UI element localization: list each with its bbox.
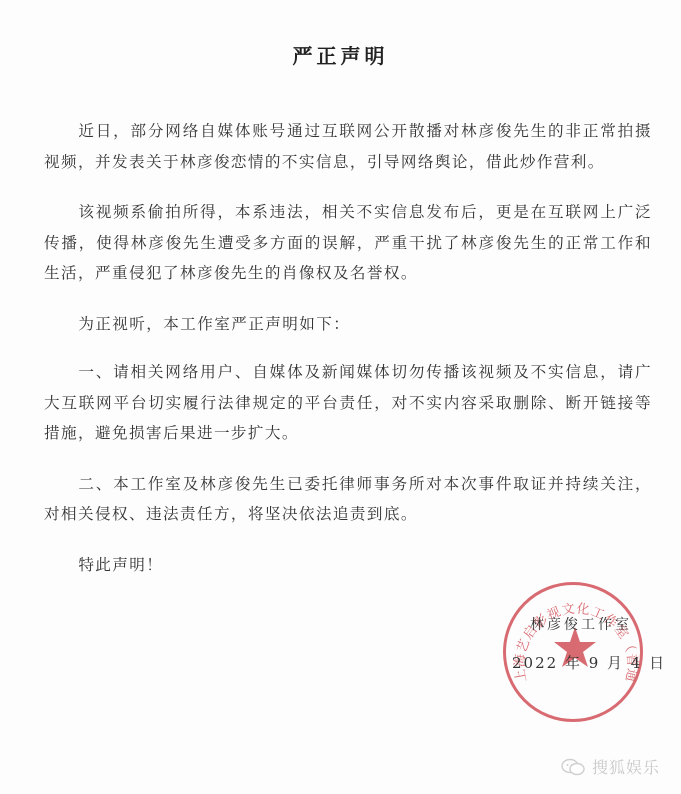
- paragraph-violation: 该视频系偷拍所得，本系违法，相关不实信息发布后，更是在互联网上广泛传播，使得林彦…: [44, 197, 652, 289]
- document-page: 严正声明 近日，部分网络自媒体账号通过互联网公开散播对林彦俊先生的非正常拍摄视频…: [0, 0, 681, 794]
- paragraph-closing: 特此声明！: [44, 550, 652, 581]
- watermark-label: 搜狐娱乐: [592, 755, 660, 778]
- document-body: 近日，部分网络自媒体账号通过互联网公开散播对林彦俊先生的非正常拍摄视频，并发表关…: [44, 116, 652, 600]
- paragraph-statement-lead: 为正视听，本工作室严正声明如下：: [44, 309, 652, 340]
- paragraph-point-one: 一、请相关网络用户、自媒体及新闻媒体切勿传播该视频及不实信息，请广大互联网平台切…: [44, 357, 652, 449]
- paragraph-intro: 近日，部分网络自媒体账号通过互联网公开散播对林彦俊先生的非正常拍摄视频，并发表关…: [44, 116, 652, 177]
- signature-organization: 林彦俊工作室: [530, 614, 632, 634]
- wechat-icon: [560, 757, 586, 777]
- source-watermark: 搜狐娱乐: [560, 755, 660, 778]
- document-title: 严正声明: [0, 40, 681, 69]
- signature-date: 2022 年 9 月 4 日: [512, 652, 666, 673]
- paragraph-point-two: 二、本工作室及林彦俊先生已委托律师事务所对本次事件取证并持续关注，对相关侵权、违…: [44, 469, 652, 530]
